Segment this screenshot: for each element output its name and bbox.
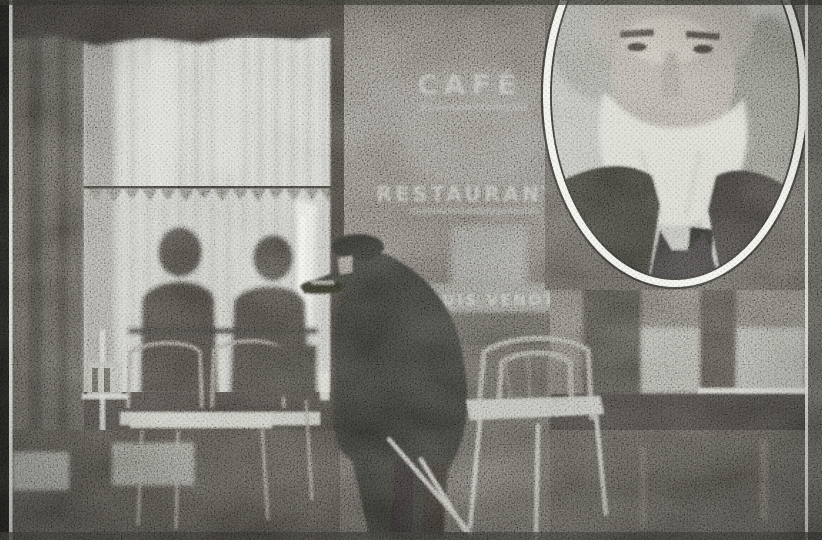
vignette bbox=[0, 0, 822, 540]
halftone-photo: CAFÉ RESTAURANT LOUIS VENOT bbox=[0, 0, 822, 540]
photo-canvas: CAFÉ RESTAURANT LOUIS VENOT bbox=[0, 0, 822, 540]
